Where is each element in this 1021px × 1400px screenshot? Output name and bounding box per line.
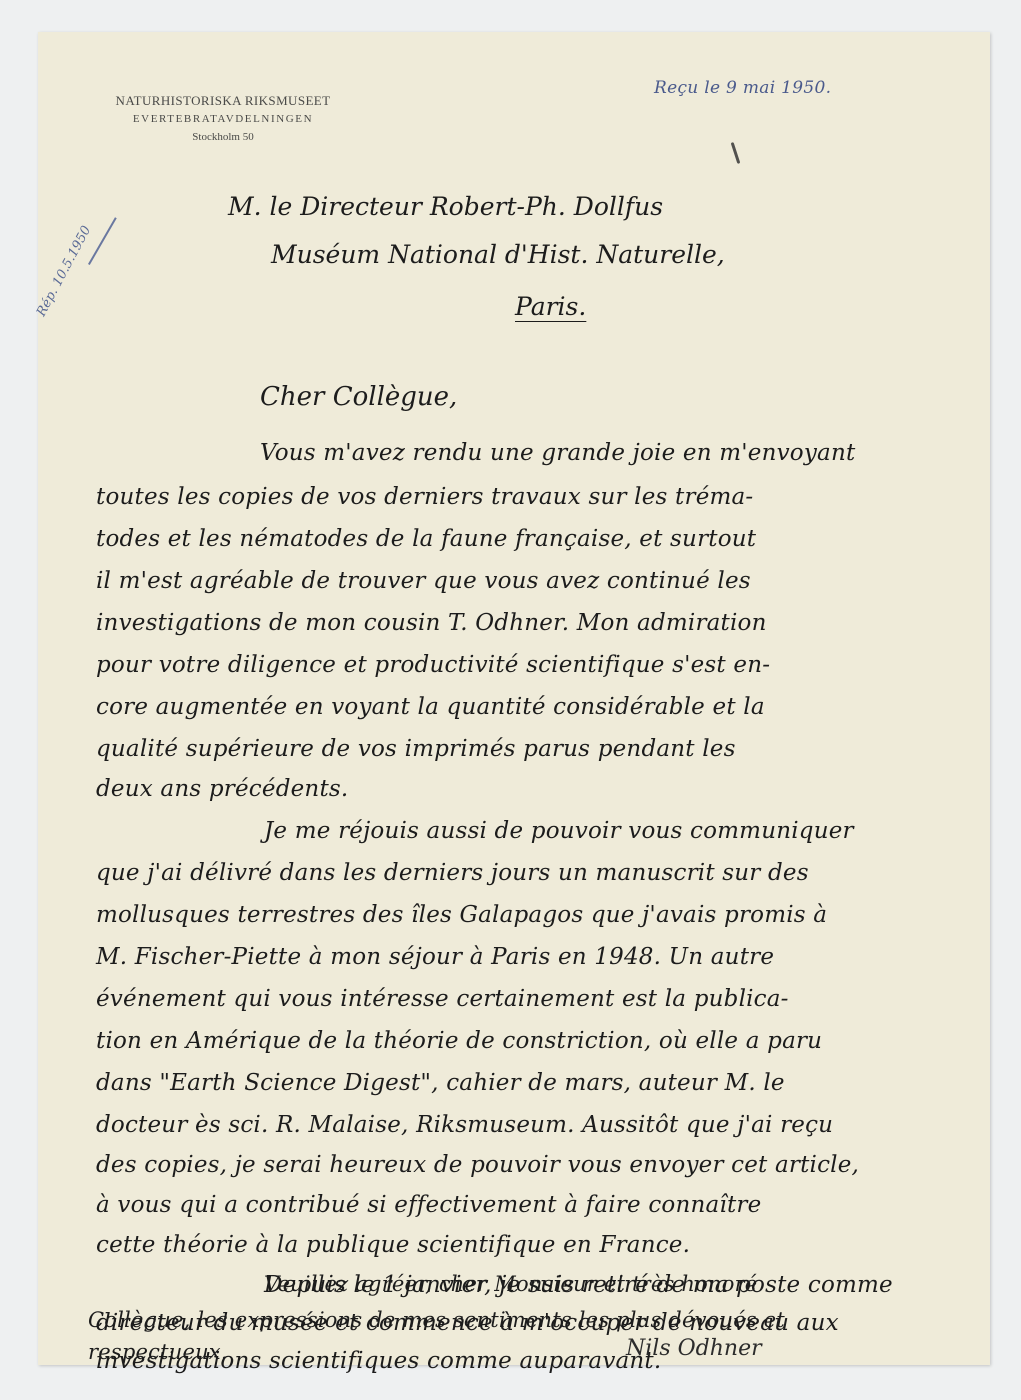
- salutation: Cher Collègue,: [260, 382, 457, 412]
- body-line: mollusques terrestres des îles Galapagos…: [96, 902, 827, 928]
- body-line: événement qui vous intéresse certainemen…: [96, 986, 789, 1012]
- closing-line: Collègue, les expressions de mes sentime…: [88, 1308, 785, 1332]
- body-line: pour votre diligence et productivité sci…: [96, 652, 770, 678]
- signature: Nils Odhner: [626, 1336, 762, 1361]
- body-line: deux ans précédents.: [96, 776, 348, 802]
- reply-date-annotation: Rép. 10.5.1950: [34, 223, 94, 319]
- body-line: cette théorie à la publique scientifique…: [96, 1232, 690, 1258]
- address-recipient: M. le Directeur Robert-Ph. Dollfus: [228, 192, 663, 221]
- body-line: que j'ai délivré dans les derniers jours…: [96, 860, 809, 886]
- received-date-annotation: Reçu le 9 mai 1950.: [654, 78, 831, 98]
- body-line: tion en Amérique de la théorie de constr…: [96, 1028, 822, 1054]
- body-line: core augmentée en voyant la quantité con…: [96, 694, 765, 720]
- body-line: M. Fischer-Piette à mon séjour à Paris e…: [96, 944, 774, 970]
- body-line: à vous qui a contribué si effectivement …: [96, 1192, 761, 1218]
- reply-annotation-underline: [88, 217, 116, 265]
- body-line: toutes les copies de vos derniers travau…: [96, 484, 753, 510]
- body-line: docteur ès sci. R. Malaise, Riksmuseum. …: [96, 1112, 833, 1138]
- letterhead-institution: NATURHISTORISKA RIKSMUSEET: [108, 92, 338, 110]
- body-line: Vous m'avez rendu une grande joie en m'e…: [260, 440, 855, 466]
- body-line: investigations de mon cousin T. Odhner. …: [96, 610, 767, 636]
- closing-line: Veuillez agréer, cher Monsieur et très h…: [264, 1272, 757, 1296]
- letterhead-city: Stockholm 50: [108, 128, 338, 146]
- address-institution: Muséum National d'Hist. Naturelle,: [271, 240, 725, 269]
- body-line: Je me réjouis aussi de pouvoir vous comm…: [264, 818, 854, 844]
- body-line: qualité supérieure de vos imprimés parus…: [96, 736, 736, 762]
- letterhead-department: EVERTEBRATAVDELNINGEN: [108, 110, 338, 128]
- closing-line: respectueux.: [88, 1340, 228, 1364]
- body-line: todes et les nématodes de la faune franç…: [96, 526, 756, 552]
- ink-mark: [731, 142, 741, 164]
- letterhead: NATURHISTORISKA RIKSMUSEET EVERTEBRATAVD…: [108, 92, 338, 146]
- address-city: Paris.: [515, 292, 586, 321]
- letter-sheet: NATURHISTORISKA RIKSMUSEET EVERTEBRATAVD…: [38, 32, 990, 1365]
- body-line: dans "Earth Science Digest", cahier de m…: [96, 1070, 785, 1096]
- body-line: il m'est agréable de trouver que vous av…: [96, 568, 751, 594]
- body-line: des copies, je serai heureux de pouvoir …: [96, 1152, 859, 1178]
